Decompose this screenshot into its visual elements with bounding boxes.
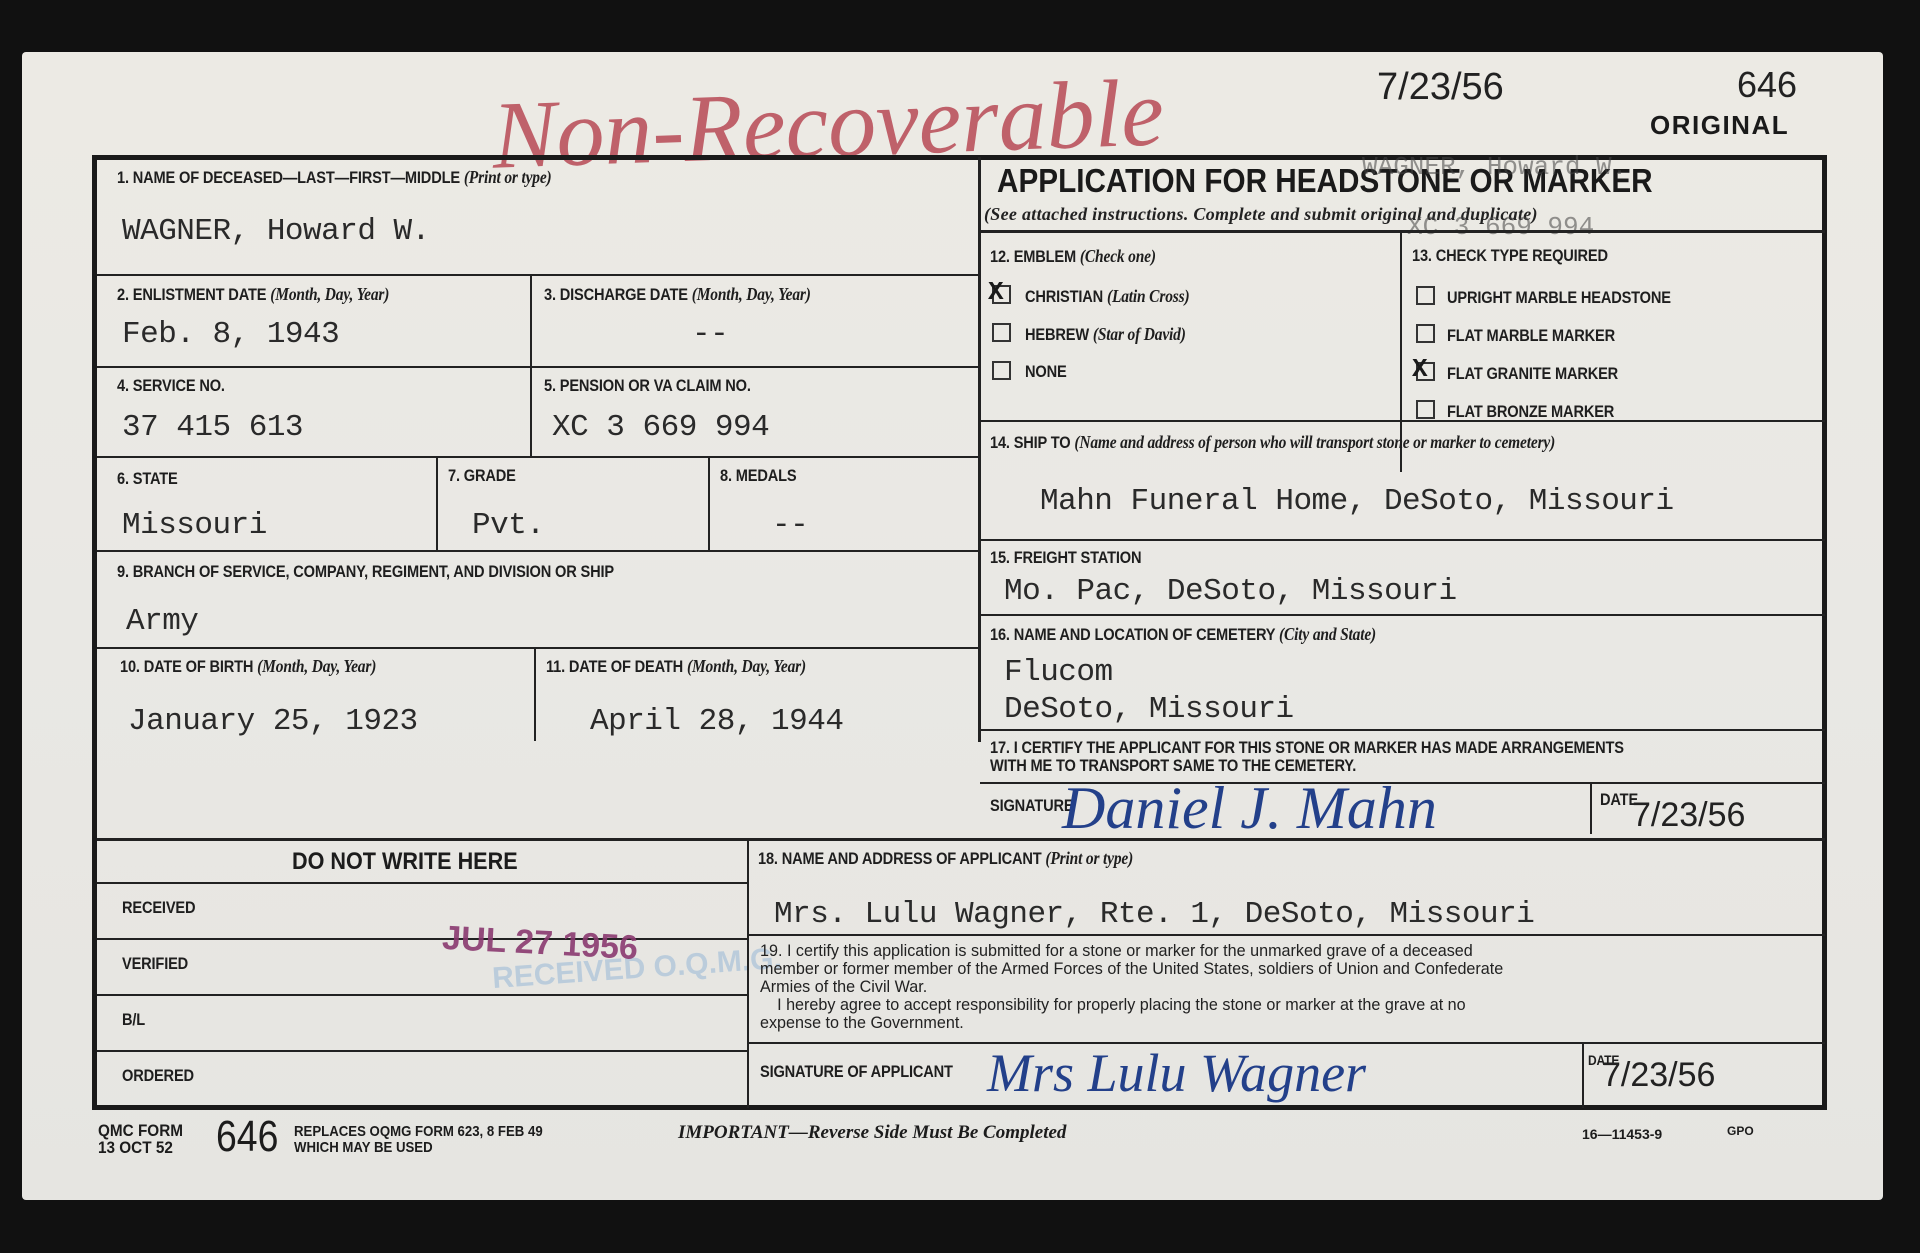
type-flat-bronze-checkbox[interactable] [1416,400,1435,419]
divider [97,647,980,649]
divider [97,838,1825,841]
field-3-label: 3. DISCHARGE DATE (Month, Day, Year) [544,284,811,305]
field-14-label: 14. SHIP TO (Name and address of person … [990,432,1555,453]
field-9-label: 9. BRANCH OF SERVICE, COMPANY, REGIMENT,… [117,562,614,582]
branch-value[interactable]: Army [126,604,198,639]
emblem-christian-checkbox[interactable] [992,285,1011,304]
office-ordered-label: ORDERED [122,1066,194,1086]
divider [980,729,1825,731]
type-flat-bronze-label: FLAT BRONZE MARKER [1447,402,1614,422]
emblem-hebrew-checkbox[interactable] [992,323,1011,342]
field-17-signature-label: SIGNATURE [990,796,1073,816]
divider [980,230,1825,233]
divider [1582,1044,1584,1108]
divider [97,882,747,884]
ship-to-value[interactable]: Mahn Funeral Home, DeSoto, Missouri [1040,484,1674,519]
divider [980,614,1825,616]
footer-printer: GPO [1727,1124,1754,1138]
office-bl-label: B/L [122,1010,145,1030]
footer-form-line2: 13 OCT 52 [98,1139,183,1156]
footer-form-line1: QMC FORM [98,1122,183,1139]
divider [97,456,980,458]
field-15-label: 15. FREIGHT STATION [990,548,1141,568]
office-verified-label: VERIFIED [122,954,188,974]
divider [980,539,1825,541]
type-upright-marble-label: UPRIGHT MARBLE HEADSTONE [1447,288,1671,308]
state-value[interactable]: Missouri [122,508,267,543]
field-5-label: 5. PENSION OR VA CLAIM NO. [544,376,751,396]
medals-value[interactable]: -- [772,508,808,543]
type-flat-granite-label: FLAT GRANITE MARKER [1447,364,1618,384]
cert19-line3: Armies of the Civil War. [760,978,1503,996]
enlistment-date-value[interactable]: Feb. 8, 1943 [122,317,339,352]
field-17-text-line1: 17. I CERTIFY THE APPLICANT FOR THIS STO… [990,738,1624,758]
divider [747,840,749,1108]
emblem-christian-label: CHRISTIAN (Latin Cross) [1025,286,1189,307]
original-label: ORIGINAL [1650,110,1789,141]
divider [97,994,747,996]
death-date-value[interactable]: April 28, 1944 [590,704,843,739]
emblem-none-label: NONE [1025,362,1067,382]
top-form-number: 646 [1737,64,1797,106]
discharge-date-value[interactable]: -- [692,317,728,352]
divider [749,934,1825,936]
footer-form-id: QMC FORM 13 OCT 52 [98,1122,183,1156]
field-12-label: 12. EMBLEM (Check one) [990,246,1156,267]
footer-replaces-note: REPLACES OQMG FORM 623, 8 FEB 49 WHICH M… [294,1124,543,1156]
cert19-line5: expense to the Government. [760,1014,1503,1032]
applicant-value[interactable]: Mrs. Lulu Wagner, Rte. 1, DeSoto, Missou… [774,897,1534,932]
funeral-director-signature: Daniel J. Mahn [1062,774,1437,843]
field-17-text-line2: WITH ME TO TRANSPORT SAME TO THE CEMETER… [990,756,1356,776]
divider [97,366,980,368]
applicant-signature: Mrs Lulu Wagner [987,1042,1366,1104]
field-11-label: 11. DATE OF DEATH (Month, Day, Year) [546,656,806,677]
cert19-line4: I hereby agree to accept responsibility … [760,996,1503,1014]
claim-number-value[interactable]: XC 3 669 994 [552,410,769,445]
divider [97,938,747,940]
top-date: 7/23/56 [1377,66,1504,109]
emblem-hebrew-label: HEBREW (Star of David) [1025,324,1186,345]
overprint-name: WAGNER, Howard W. [1362,152,1627,182]
overprint-claim-number: XC 3 669 994 [1407,212,1594,242]
divider [97,1050,747,1052]
emblem-none-checkbox[interactable] [992,361,1011,380]
field-13-label: 13. CHECK TYPE REQUIRED [1412,246,1608,266]
type-flat-granite-checkbox[interactable] [1416,362,1435,381]
deceased-name-value[interactable]: WAGNER, Howard W. [122,214,430,249]
field-1-label: 1. NAME OF DECEASED—LAST—FIRST—MIDDLE (P… [117,167,552,188]
cert19-line2: member or former member of the Armed For… [760,960,1503,978]
divider [97,274,980,276]
office-received-label: RECEIVED [122,898,195,918]
footer-form-number: 646 [216,1112,278,1162]
field-6-label: 6. STATE [117,469,178,489]
cemetery-location-value[interactable]: DeSoto, Missouri [1004,692,1294,727]
service-number-value[interactable]: 37 415 613 [122,410,303,445]
divider [1590,784,1592,834]
footer-replaces-line2: WHICH MAY BE USED [294,1140,543,1156]
field-18-label: 18. NAME AND ADDRESS OF APPLICANT (Print… [758,848,1133,869]
freight-station-value[interactable]: Mo. Pac, DeSoto, Missouri [1004,574,1457,609]
field-2-label: 2. ENLISTMENT DATE (Month, Day, Year) [117,284,389,305]
column-divider [978,157,981,742]
type-upright-marble-checkbox[interactable] [1416,286,1435,305]
footer-replaces-line1: REPLACES OQMG FORM 623, 8 FEB 49 [294,1124,543,1140]
divider [980,420,1825,422]
field-19-date-value: 7/23/56 [1602,1056,1715,1095]
cert19-line1: 19. I certify this application is submit… [760,942,1503,960]
divider [436,458,438,550]
field-4-label: 4. SERVICE NO. [117,376,225,396]
document-paper: Non-Recoverable 7/23/56 646 ORIGINAL 1. … [22,52,1883,1200]
divider [534,649,536,741]
field-19-certification: 19. I certify this application is submit… [760,942,1503,1032]
footer-print-code: 16—11453-9 [1582,1126,1662,1142]
type-flat-marble-checkbox[interactable] [1416,324,1435,343]
field-8-label: 8. MEDALS [720,466,796,486]
divider [97,550,980,552]
field-17-date-value: 7/23/56 [1632,796,1745,835]
birth-date-value[interactable]: January 25, 1923 [128,704,418,739]
office-use-title: DO NOT WRITE HERE [292,848,518,876]
type-flat-marble-label: FLAT MARBLE MARKER [1447,326,1615,346]
field-7-label: 7. GRADE [448,466,516,486]
divider [708,458,710,550]
field-16-label: 16. NAME AND LOCATION OF CEMETERY (City … [990,624,1376,645]
field-10-label: 10. DATE OF BIRTH (Month, Day, Year) [120,656,376,677]
field-19-signature-label: SIGNATURE OF APPLICANT [760,1062,953,1082]
cemetery-name-value[interactable]: Flucom [1004,655,1113,690]
grade-value[interactable]: Pvt. [472,508,544,543]
footer-important-note: IMPORTANT—Reverse Side Must Be Completed [678,1122,1066,1144]
